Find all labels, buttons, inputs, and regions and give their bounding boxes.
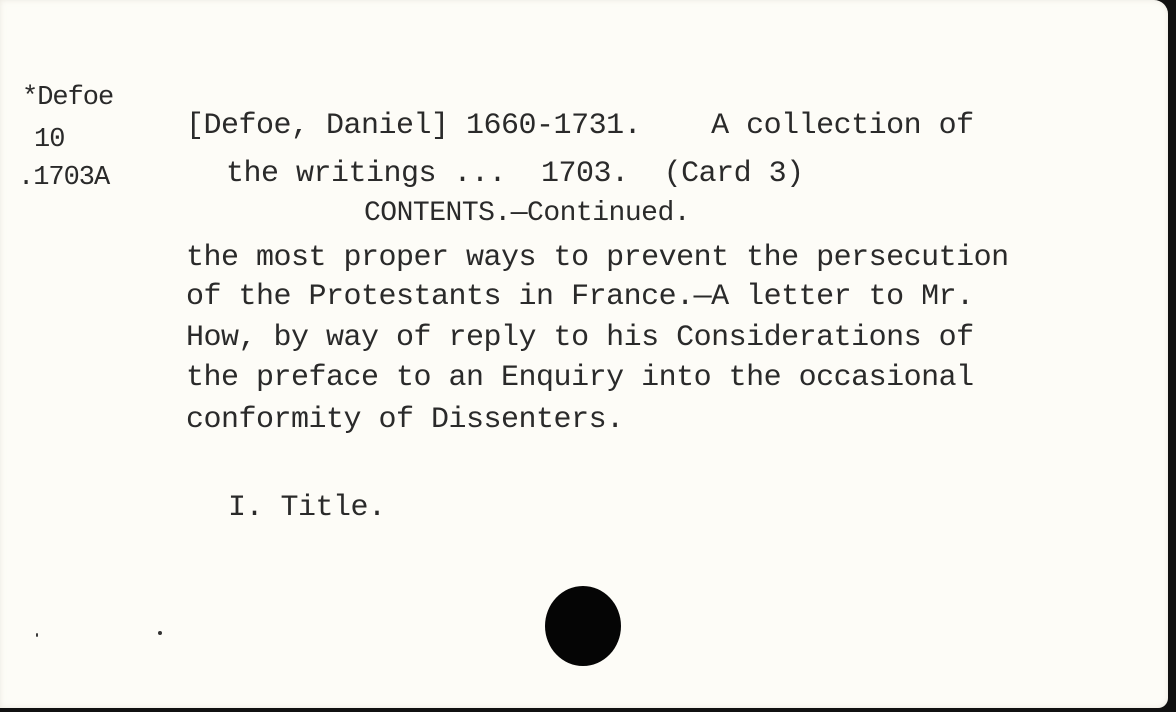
call-number-line-1: *Defoe (22, 78, 113, 118)
contents-line-1: the most proper ways to prevent the pers… (186, 238, 1009, 278)
punch-hole (545, 586, 621, 666)
contents-line-3: How, by way of reply to his Consideratio… (186, 318, 974, 358)
call-number-line-3: .1703A (18, 158, 109, 198)
call-number-line-2: 10 (34, 120, 64, 160)
ink-speck (36, 633, 38, 637)
contents-label: CONTENTS.—Continued. (364, 194, 690, 234)
catalog-card: *Defoe 10 .1703A [Defoe, Daniel] 1660-17… (0, 0, 1168, 708)
contents-line-2: of the Protestants in France.—A letter t… (186, 277, 974, 317)
contents-line-4: the preface to an Enquiry into the occas… (186, 358, 974, 398)
tracing: I. Title. (228, 488, 386, 528)
ink-speck (158, 631, 162, 635)
heading-author-title: [Defoe, Daniel] 1660-1731. A collection … (186, 106, 974, 146)
contents-line-5: conformity of Dissenters. (186, 400, 624, 440)
heading-imprint: the writings ... 1703. (Card 3) (226, 154, 804, 194)
